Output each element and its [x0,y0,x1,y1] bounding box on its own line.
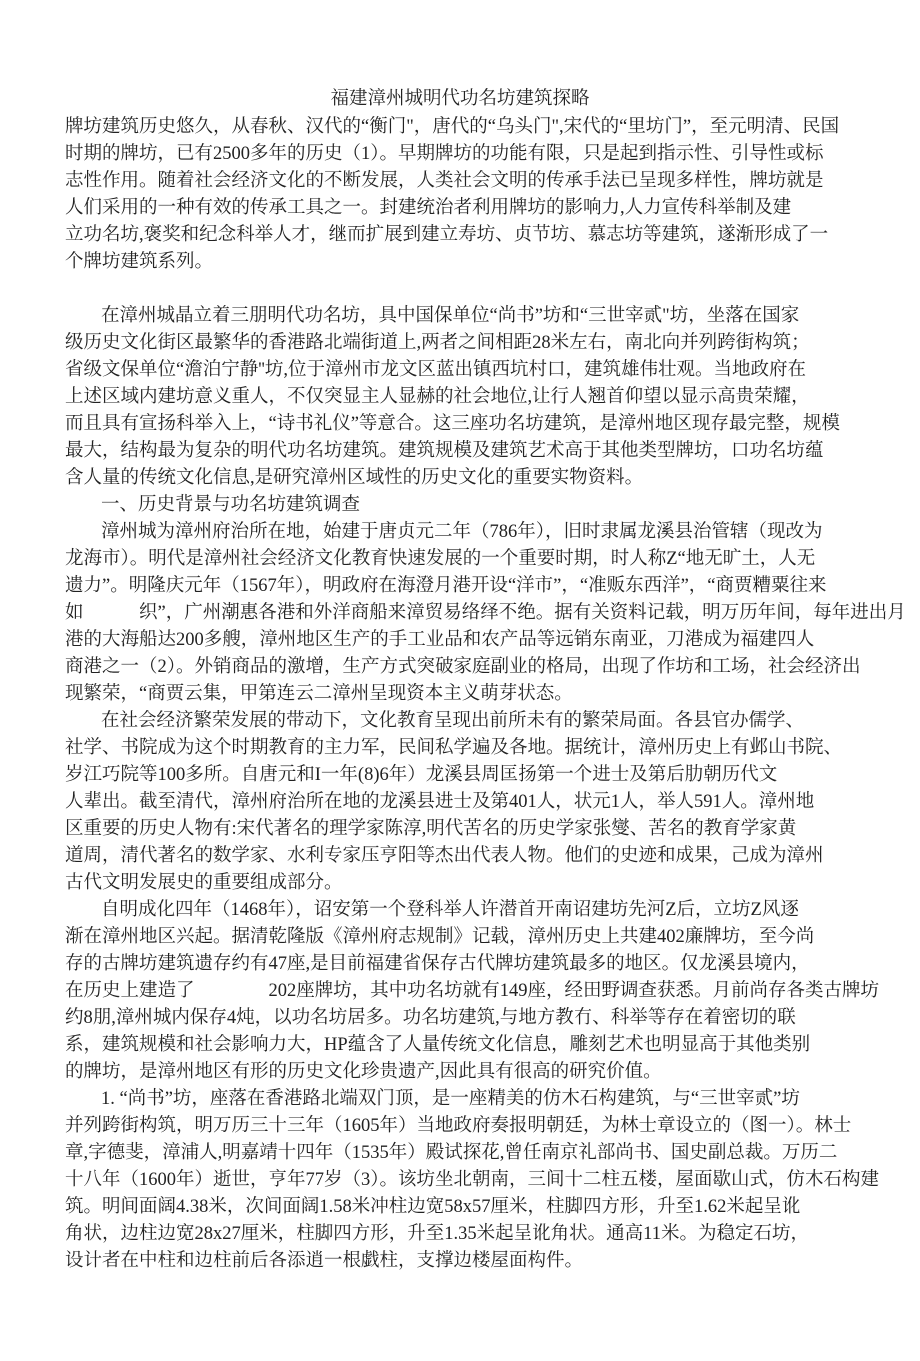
text-line: 古代文明发展史的重要组成部分。 [65,870,855,897]
text-line: 约8朋,漳州城内保存4炖，以功名坊居多。功名坊建筑,与地方教冇、科举等存在着密切… [65,1005,855,1032]
text-line: 渐在漳州地区兴起。据清乾隆版《漳州府志规制》记载，漳州历史上共建402廉牌坊，至… [65,924,855,951]
document-body: 牌坊建筑历史悠久，从春秋、汉代的“衡门"，唐代的“乌头门",宋代的“里坊门”，至… [65,114,855,1275]
text-line: 上述区域内建坊意义重人，不仅突显主人显赫的社会地位,让行人翘首仰望以显示高贵荣耀… [65,384,855,411]
text-line: 而且具有宣扬科举入上，“诗书礼仪”等意合。这三座功名坊建筑，是漳州地区现存最完整… [65,411,855,438]
text-line: 最大，结构最为复杂的明代功名坊建筑。建筑规模及建筑艺术高于其他类型牌坊，口功名坊… [65,438,855,465]
text-line: 如 织”，广州潮惠各港和外洋商船来漳贸易络绎不绝。据有关资料记载，明万历年间，每… [65,600,855,627]
text-line: 商港之一（2）。外销商品的激增，生产方式突破家庭副业的格局，出现了作坊和工场，社… [65,654,855,681]
text-line: 一、历史背景与功名坊建筑调查 [65,492,855,519]
text-line: 并列跨街构筑，明万历三十三年（1605年）当地政府奏报明朝廷，为林士章设立的（图… [65,1113,855,1140]
text-line: 级历史文化街区最繁华的香港路北端街道上,两者之间相距28米左右，南北向并列跨街构… [65,330,855,357]
blank-line [65,276,855,303]
text-line: 时期的牌坊，已有2500多年的历史（1）。早期牌坊的功能有限，只是起到指示性、引… [65,141,855,168]
text-line: 存的古牌坊建筑遗存约有47座,是目前福建省保存古代牌坊建筑最多的地区。仅龙溪县境… [65,951,855,978]
text-line: 现繁荣，“商贾云集，甲第连云二漳州呈现资本主义萌芽状态。 [65,681,855,708]
text-line: 1. “尚书”坊，座落在香港路北端双门顶，是一座精美的仿木石构建筑，与“三世宰贰… [65,1086,855,1113]
text-line: 省级文保单位“澹泊宁静''坊,位于漳州市龙文区蓝出镇西坑村口，建筑雄伟壮观。当地… [65,357,855,384]
text-line: 志性作用。随着社会经济文化的不断发展，人类社会文明的传承手法已呈现多样性，牌坊就… [65,168,855,195]
text-line: 漳州城为漳州府治所在地，始建于唐贞元二年（786年），旧时隶属龙溪县治管辖（现改… [65,519,855,546]
text-line: 人辈出。截至清代，漳州府治所在地的龙溪县进士及第401人，状元1人，举人591人… [65,789,855,816]
text-line: 在社会经济繁荣发展的带动下，文化教育呈现出前所未有的繁荣局面。各县官办儒学、 [65,708,855,735]
text-line: 在漳州城晶立着三朋明代功名坊，具中国保单位“尚书”坊和“三世宰贰"坊，坐落在国家 [65,303,855,330]
text-line: 牌坊建筑历史悠久，从春秋、汉代的“衡门"，唐代的“乌头门",宋代的“里坊门”，至… [65,114,855,141]
text-line: 设计者在中柱和边柱前后各添逍一根戯柱，支撑边楼屋面构件。 [65,1248,855,1275]
text-line: 筑。明间面阔4.38米，次间面阔1.58米冲柱边宽58x57厘米，柱脚四方形，升… [65,1194,855,1221]
text-line: 龙海市）。明代是漳州社会经济文化教育快速发展的一个重要时期，时人称Z“地无旷土，… [65,546,855,573]
text-line: 自明成化四年（1468年），诏安第一个登科举人许潜首开南诏建坊先河Z后，立坊Z风… [65,897,855,924]
text-line: 个牌坊建筑系列。 [65,249,855,276]
text-line: 道周，清代著名的数学家、水利专家压亨阳等杰出代表人物。他们的史迹和成果，己成为漳… [65,843,855,870]
text-line: 人们采用的一种有效的传承工具之一。封建统治者利用牌坊的影响力,人力宣传科举制及建 [65,195,855,222]
text-line: 岁江巧院等100多所。自唐元和I一年(8)6年）龙溪县周匡扬第一个进士及第后肋朝… [65,762,855,789]
text-line: 在历史上建造了 202座牌坊，其中功名坊就有149座，经田野调查获悉。月前尚存各… [65,978,855,1005]
document-title: 福建漳州城明代功名坊建筑探略 [65,84,855,114]
text-line: 的牌坊，是漳州地区有形的历史文化珍贵遗产,因此具有很高的研究价值。 [65,1059,855,1086]
text-line: 含人量的传统文化信息,是研究漳州区域性的历史文化的重要实物资料。 [65,465,855,492]
text-line: 十八年（1600年）逝世，亨年77岁（3）。该坊坐北朝南，三间十二柱五楼，屋面歇… [65,1167,855,1194]
document-page: 福建漳州城明代功名坊建筑探略 牌坊建筑历史悠久，从春秋、汉代的“衡门"，唐代的“… [0,0,920,1361]
text-line: 社学、书院成为这个时期教育的主力军，民间私学遍及各地。据统计，漳州历史上有邺山书… [65,735,855,762]
text-line: 遗力”。明隆庆元年（1567年），明政府在海澄月港开设“洋市”，“准贩东西洋”，… [65,573,855,600]
text-line: 系，建筑规模和社会影响力大，HP蕴含了人量传统文化信息，雕刻艺术也明显高于其他类… [65,1032,855,1059]
text-line: 角状，边柱边宽28x27厘米，柱脚四方形，升至1.35米起呈讹角状。通高11米。… [65,1221,855,1248]
text-line: 区重要的历史人物有:宋代著名的理学家陈淳,明代苦名的历史学家张燮、苦名的教育学家… [65,816,855,843]
text-line: 章,字德斐，漳浦人,明嘉靖十四年（1535年）殿试探花,曾任南京礼部尚书、国史副… [65,1140,855,1167]
text-line: 立功名坊,褒奖和纪念科举人才，继而扩展到建立寿坊、贞节坊、慕志坊等建筑，遂渐形成… [65,222,855,249]
document-content: 福建漳州城明代功名坊建筑探略 牌坊建筑历史悠久，从春秋、汉代的“衡门"，唐代的“… [65,84,855,1275]
text-line: 港的大海船达200多艘，漳州地区生产的手工业品和农产品等远销东南亚，刀港成为福建… [65,627,855,654]
